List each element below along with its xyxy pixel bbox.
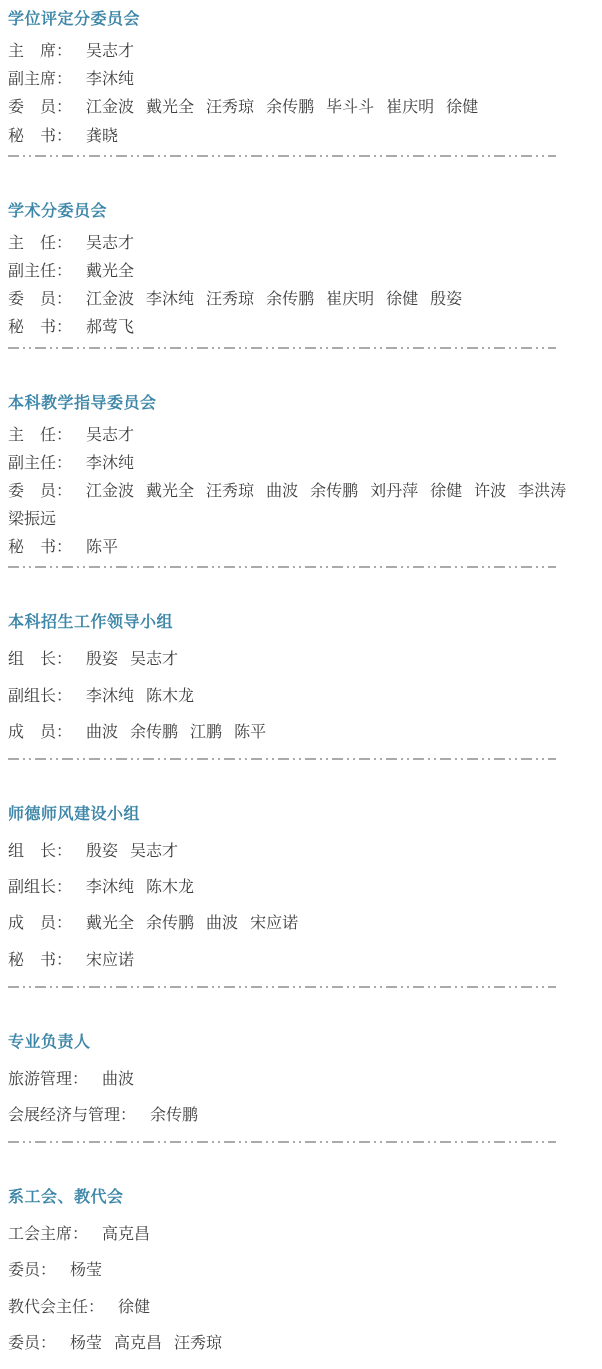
member-name: 曲波 (206, 913, 238, 932)
row-label: 成 员： (8, 913, 72, 932)
member-name: 陈木龙 (146, 877, 194, 896)
committee-row: 秘 书：郝莺飞 (8, 317, 596, 336)
committee-row: 主 席：吴志才 (8, 41, 596, 60)
committee-row: 委 员：江金波李沐纯汪秀琼余传鹏崔庆明徐健殷姿 (8, 289, 596, 308)
section-divider (8, 347, 556, 349)
row-label: 委 员： (8, 481, 72, 500)
section-union-and-staff-congress: 系工会、教代会工会主席：高克昌委员：杨莹教代会主任：徐健委员：杨莹高克昌汪秀琼 (8, 1187, 596, 1352)
committee-row: 组 长：殷姿吴志才 (8, 649, 596, 668)
member-name: 戴光全 (86, 261, 134, 280)
row-label: 组 长： (8, 841, 72, 860)
committee-list: 学位评定分委员会主 席：吴志才副主席：李沐纯委 员：江金波戴光全汪秀琼余传鹏毕斗… (8, 9, 596, 1352)
member-name: 吴志才 (130, 841, 178, 860)
member-name: 陈平 (234, 722, 266, 741)
committee-row: 委员：杨莹高克昌汪秀琼 (8, 1333, 596, 1352)
section-divider (8, 758, 556, 760)
section-divider (8, 1141, 556, 1143)
section-divider (8, 986, 556, 988)
member-name: 李沐纯 (86, 453, 134, 472)
member-name: 李沐纯 (86, 686, 134, 705)
member-name: 陈平 (86, 537, 118, 556)
row-label: 副主任： (8, 261, 72, 280)
row-label: 副主任： (8, 453, 72, 472)
member-name: 殷姿 (430, 289, 462, 308)
section-undergraduate-admissions-group: 本科招生工作领导小组组 长：殷姿吴志才副组长：李沐纯陈木龙成 员：曲波余传鹏江鹏… (8, 612, 596, 741)
member-name: 江金波 (86, 97, 134, 116)
row-label: 成 员： (8, 722, 72, 741)
committee-row: 组 长：殷姿吴志才 (8, 841, 596, 860)
row-label: 主 任： (8, 425, 72, 444)
committee-row: 主 任：吴志才 (8, 425, 596, 444)
member-name: 曲波 (102, 1069, 134, 1088)
member-name: 余传鹏 (146, 913, 194, 932)
member-name: 徐健 (446, 97, 478, 116)
row-label: 秘 书： (8, 317, 72, 336)
member-name: 徐健 (386, 289, 418, 308)
member-name: 刘丹萍 (370, 481, 418, 500)
section-program-leaders: 专业负责人旅游管理：曲波会展经济与管理：余传鹏 (8, 1032, 596, 1124)
section-title: 专业负责人 (8, 1032, 596, 1052)
committee-row: 秘 书：陈平 (8, 537, 596, 556)
row-label: 委 员： (8, 97, 72, 116)
committee-row: 工会主席：高克昌 (8, 1224, 596, 1243)
row-label: 副主席： (8, 69, 72, 88)
member-name: 李沐纯 (86, 69, 134, 88)
section-teacher-ethics-group: 师德师风建设小组组 长：殷姿吴志才副组长：李沐纯陈木龙成 员：戴光全余传鹏曲波宋… (8, 804, 596, 969)
committee-row: 秘 书：龚晓 (8, 126, 596, 145)
member-name: 江金波 (86, 481, 134, 500)
row-label: 副组长： (8, 686, 72, 705)
section-undergraduate-teaching-committee: 本科教学指导委员会主 任：吴志才副主任：李沐纯委 员：江金波戴光全汪秀琼曲波余传… (8, 393, 596, 557)
member-name: 吴志才 (86, 425, 134, 444)
member-name: 龚晓 (86, 126, 118, 145)
member-name: 殷姿 (86, 841, 118, 860)
member-name: 杨莹 (70, 1333, 102, 1352)
member-name: 江金波 (86, 289, 134, 308)
member-name: 余传鹏 (310, 481, 358, 500)
member-name: 陈木龙 (146, 686, 194, 705)
committee-row: 委员：杨莹 (8, 1260, 596, 1279)
row-label: 秘 书： (8, 537, 72, 556)
section-degree-evaluation-subcommittee: 学位评定分委员会主 席：吴志才副主席：李沐纯委 员：江金波戴光全汪秀琼余传鹏毕斗… (8, 9, 596, 145)
member-name: 汪秀琼 (206, 289, 254, 308)
section-title: 本科招生工作领导小组 (8, 612, 596, 632)
member-name: 曲波 (86, 722, 118, 741)
row-label: 工会主席： (8, 1224, 88, 1243)
committee-row: 副组长：李沐纯陈木龙 (8, 686, 596, 705)
section-academic-subcommittee: 学术分委员会主 任：吴志才副主任：戴光全委 员：江金波李沐纯汪秀琼余传鹏崔庆明徐… (8, 201, 596, 337)
member-name: 江鹏 (190, 722, 222, 741)
section-title: 学术分委员会 (8, 201, 596, 221)
member-name: 宋应诺 (86, 950, 134, 969)
section-title: 系工会、教代会 (8, 1187, 596, 1207)
member-name: 汪秀琼 (174, 1333, 222, 1352)
member-name: 崔庆明 (386, 97, 434, 116)
section-title: 本科教学指导委员会 (8, 393, 596, 413)
member-name: 汪秀琼 (206, 481, 254, 500)
member-name: 李沐纯 (146, 289, 194, 308)
committee-row: 副组长：李沐纯陈木龙 (8, 877, 596, 896)
row-label: 主 任： (8, 233, 72, 252)
section-divider (8, 566, 556, 568)
committee-row: 主 任：吴志才 (8, 233, 596, 252)
committee-row: 成 员：戴光全余传鹏曲波宋应诺 (8, 913, 596, 932)
member-name: 余传鹏 (266, 289, 314, 308)
member-name: 余传鹏 (266, 97, 314, 116)
member-name: 高克昌 (114, 1333, 162, 1352)
member-name: 杨莹 (70, 1260, 102, 1279)
section-divider (8, 155, 556, 157)
row-label: 秘 书： (8, 126, 72, 145)
member-name: 崔庆明 (326, 289, 374, 308)
section-title: 学位评定分委员会 (8, 9, 596, 29)
member-name: 徐健 (430, 481, 462, 500)
row-label: 委员： (8, 1333, 56, 1352)
committee-row: 副主任：李沐纯 (8, 453, 596, 472)
committee-row: 旅游管理：曲波 (8, 1069, 596, 1088)
committee-row: 成 员：曲波余传鹏江鹏陈平 (8, 722, 596, 741)
row-label: 委 员： (8, 289, 72, 308)
member-name: 汪秀琼 (206, 97, 254, 116)
member-name: 殷姿 (86, 649, 118, 668)
member-name: 宋应诺 (250, 913, 298, 932)
committee-row: 委 员：江金波戴光全汪秀琼曲波余传鹏刘丹萍徐健许波李洪涛梁振远 (8, 481, 596, 528)
member-name: 徐健 (118, 1297, 150, 1316)
committee-row: 副主席：李沐纯 (8, 69, 596, 88)
member-name: 梁振远 (8, 509, 56, 528)
committee-row: 会展经济与管理：余传鹏 (8, 1105, 596, 1124)
committee-document: 学位评定分委员会主 席：吴志才副主席：李沐纯委 员：江金波戴光全汪秀琼余传鹏毕斗… (0, 0, 602, 1352)
member-name: 毕斗斗 (326, 97, 374, 116)
member-name: 余传鹏 (130, 722, 178, 741)
committee-row: 副主任：戴光全 (8, 261, 596, 280)
row-label: 委员： (8, 1260, 56, 1279)
member-name: 李洪涛 (518, 481, 566, 500)
committee-row: 委 员：江金波戴光全汪秀琼余传鹏毕斗斗崔庆明徐健 (8, 97, 596, 116)
member-name: 许波 (474, 481, 506, 500)
section-title: 师德师风建设小组 (8, 804, 596, 824)
row-label: 会展经济与管理： (8, 1105, 136, 1124)
row-label: 组 长： (8, 649, 72, 668)
member-name: 李沐纯 (86, 877, 134, 896)
member-name: 曲波 (266, 481, 298, 500)
committee-row: 秘 书：宋应诺 (8, 950, 596, 969)
row-label: 秘 书： (8, 950, 72, 969)
member-name: 吴志才 (86, 41, 134, 60)
member-name: 高克昌 (102, 1224, 150, 1243)
row-label: 副组长： (8, 877, 72, 896)
member-name: 吴志才 (130, 649, 178, 668)
member-name: 戴光全 (146, 481, 194, 500)
row-label: 主 席： (8, 41, 72, 60)
member-name: 余传鹏 (150, 1105, 198, 1124)
committee-row: 教代会主任：徐健 (8, 1297, 596, 1316)
member-name: 戴光全 (146, 97, 194, 116)
member-name: 戴光全 (86, 913, 134, 932)
row-label: 旅游管理： (8, 1069, 88, 1088)
member-name: 郝莺飞 (86, 317, 134, 336)
row-label: 教代会主任： (8, 1297, 104, 1316)
member-name: 吴志才 (86, 233, 134, 252)
